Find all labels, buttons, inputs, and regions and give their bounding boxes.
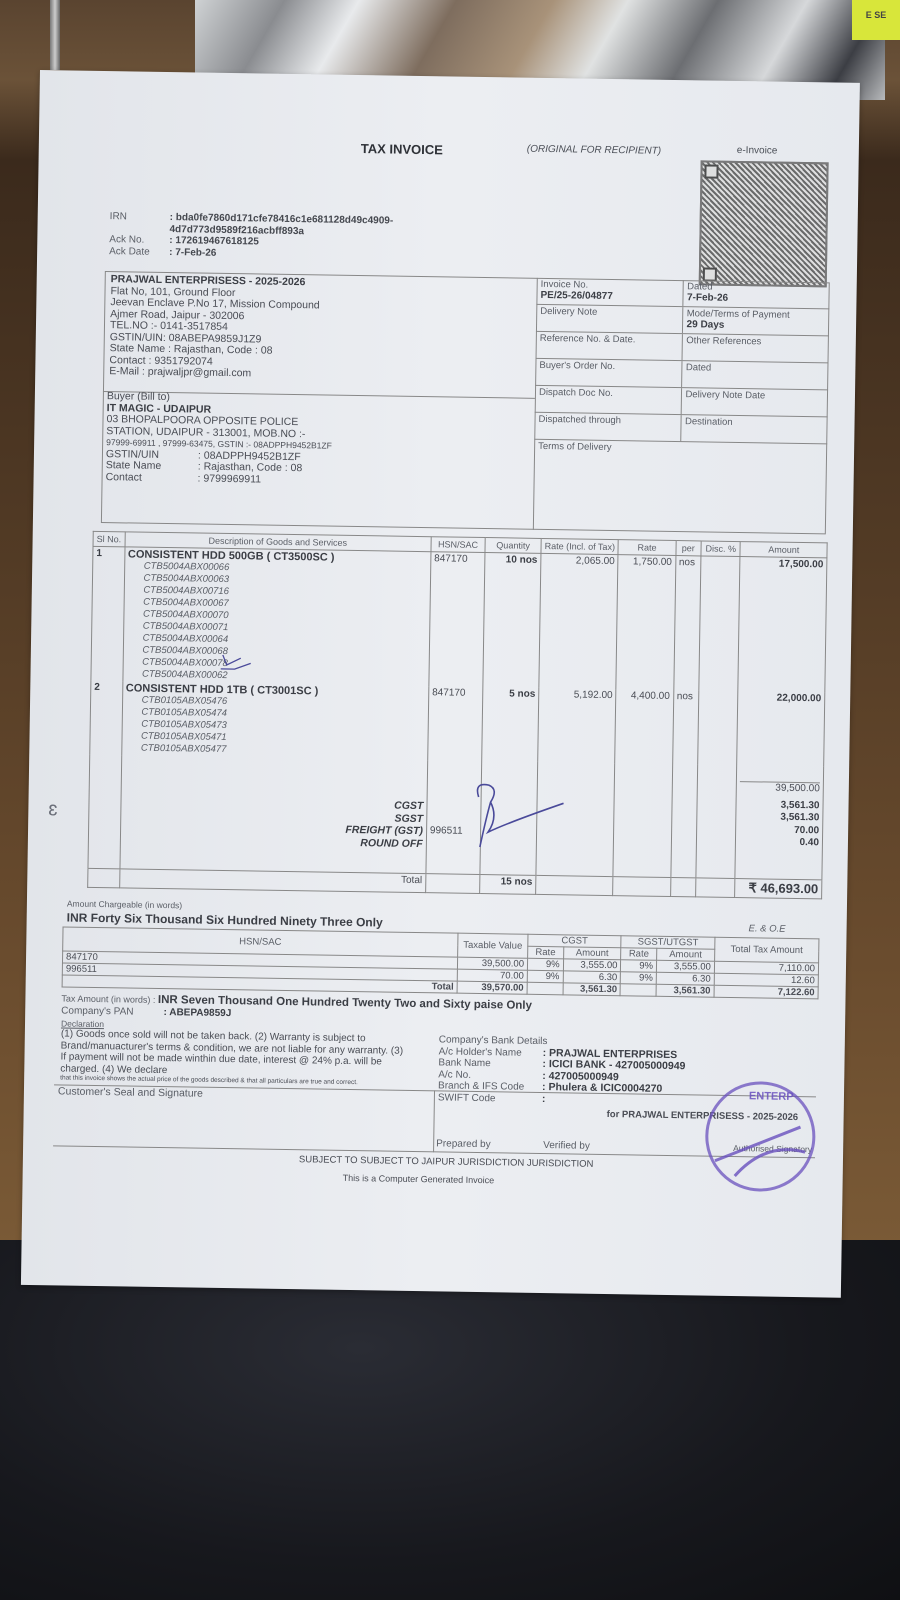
meta-cell: Reference No. & Date. — [536, 332, 683, 360]
meta-cell: Dated — [682, 361, 829, 389]
eoe-label: E. & O.E — [749, 923, 786, 935]
amount-words-label: Amount Chargeable (in words) — [67, 899, 182, 911]
irn-block: IRN: bda0fe7860d171cfe78416c1e681128d49c… — [109, 211, 393, 261]
handwritten-signature-icon — [468, 777, 569, 854]
company-pan: Company's PAN: ABEPA9859J — [61, 1005, 231, 1019]
copy-label: (ORIGINAL FOR RECIPIENT) — [527, 144, 661, 157]
declaration-title: Declaration — [61, 1018, 104, 1029]
pen — [50, 0, 60, 70]
meta-cell: Buyer's Order No. — [535, 359, 682, 387]
meta-cell: Dated7-Feb-26 — [683, 280, 830, 308]
table-row: 1CONSISTENT HDD 500GB ( CT3500SC )CTB500… — [91, 546, 827, 692]
meta-cell: Other References — [682, 334, 829, 362]
qr-code-icon — [699, 160, 829, 287]
meta-cell: Invoice No.PE/25-26/04877 — [536, 278, 683, 306]
meta-cell: Delivery Note Date — [681, 388, 828, 416]
customer-seal-label: Customer's Seal and Signature — [58, 1085, 203, 1099]
meta-row: Terms of Delivery — [534, 440, 827, 475]
table-row: 2CONSISTENT HDD 1TB ( CT3001SC )CTB0105A… — [90, 681, 825, 767]
einvoice-label: e-Invoice — [737, 145, 778, 157]
verified-by: Verified by — [543, 1140, 590, 1152]
check-mark-icon — [221, 653, 281, 674]
declaration-text: (1) Goods once sold will not be taken ba… — [60, 1028, 406, 1079]
invoice-paper: TAX INVOICE (ORIGINAL FOR RECIPIENT) e-I… — [21, 70, 860, 1298]
company-stamp-icon: ENTERP — [704, 1081, 816, 1193]
pen-mark-icon: ɛ — [48, 798, 58, 821]
tax-summary-table: HSN/SAC Taxable Value CGST SGST/UTGST To… — [62, 926, 820, 999]
invoice-meta-grid: Invoice No.PE/25-26/04877Dated7-Feb-26De… — [534, 278, 830, 475]
jurisdiction-note: SUBJECT TO SUBJECT TO JAIPUR JURISDICTIO… — [299, 1154, 594, 1170]
meta-cell: Terms of Delivery — [534, 440, 827, 475]
seller-block: PRAJWAL ENTERPRISESS - 2025-2026 Flat No… — [109, 274, 320, 381]
charges-row: CGSTSGSTFREIGHT (GST)ROUND OFF 996511 39… — [88, 755, 824, 880]
meta-cell: Mode/Terms of Payment29 Days — [682, 307, 829, 335]
items-table: Sl No. Description of Goods and Services… — [87, 531, 828, 899]
meta-cell: Dispatched through — [534, 413, 681, 441]
document-title: TAX INVOICE — [361, 141, 443, 157]
meta-cell: Dispatch Doc No. — [535, 386, 682, 414]
meta-cell: Delivery Note — [536, 305, 683, 333]
prepared-by: Prepared by — [436, 1138, 491, 1150]
ack-date: : 7-Feb-26 — [169, 247, 216, 259]
meta-cell: Destination — [681, 415, 828, 443]
computer-generated-note: This is a Computer Generated Invoice — [343, 1173, 495, 1185]
buyer-block: Buyer (Bill to) IT MAGIC - UDAIPUR 03 BH… — [106, 391, 333, 487]
yellow-sticker: E SE — [852, 0, 900, 40]
buyer-contact: : 9799969911 — [198, 473, 262, 485]
